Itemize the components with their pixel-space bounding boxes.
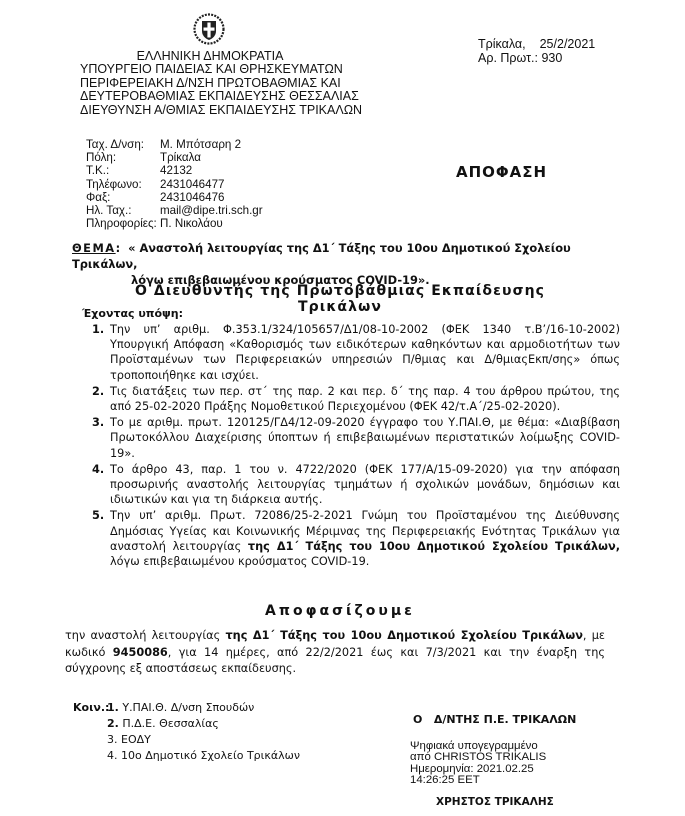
item-text-bold: της Δ1΄ Τάξης του 10ου Δημοτικού Σχολείο… [248, 540, 620, 553]
place: Τρίκαλα, [478, 37, 526, 51]
list-item: 1.Την υπ’ αριθμ. Φ.353.1/324/105657/Δ1/0… [92, 322, 620, 383]
contact-value: Π. Νικολάου [160, 217, 223, 230]
contact-label: Τηλέφωνο: [86, 178, 160, 191]
item-number: 5. [92, 508, 110, 569]
contact-value: 2431046476 [160, 191, 224, 204]
decision-part: την αναστολή λειτουργίας [65, 629, 225, 642]
header-line: ΔΙΕΥΘΥΝΣΗ Α/ΘΜΙΑΣ ΕΚΠΑΙΔΕΥΣΗΣ ΤΡΙΚΑΛΩΝ [80, 104, 340, 117]
item-text: Τις διατάξεις των περ. στ΄ της παρ. 2 κα… [110, 384, 620, 414]
contact-label: Φαξ: [86, 191, 160, 204]
item-number: 4. [92, 462, 110, 508]
signatory-name: ΧΡΗΣΤΟΣ ΤΡΙΚΑΛΗΣ [436, 796, 554, 808]
date-protocol-block: Τρίκαλα,25/2/2021 Αρ. Πρωτ.: 930 [478, 37, 595, 65]
contact-label: Πόλη: [86, 151, 160, 164]
considering-heading: Έχοντας υπόψη: [82, 307, 183, 320]
contact-label: Ηλ. Ταχ.: [86, 204, 160, 217]
subject-label: ΘΕΜΑ [72, 241, 116, 255]
contact-value: 42132 [160, 164, 192, 177]
greek-coat-of-arms-icon [193, 13, 225, 45]
list-item: 3.Το με αριθμ. πρωτ. 120125/ΓΔ4/12-09-20… [92, 415, 620, 461]
item-text: Π.Δ.Ε. Θεσσαλίας [122, 717, 218, 730]
item-number: 1. [107, 701, 119, 714]
item-number: 3. [92, 415, 110, 461]
document-date: 25/2/2021 [540, 37, 596, 51]
subject-line-1: « Αναστολή λειτουργίας της Δ1΄ Τάξης του… [72, 241, 571, 271]
digital-signature: Ψηφιακά υπογεγραμμένο από CHRISTOS TRIKA… [410, 741, 546, 787]
list-item: 4. 10ο Δημοτικό Σχολείο Τρικάλων [73, 748, 300, 764]
decide-heading: Αποφασίζουμε [170, 603, 510, 619]
item-text: Το άρθρο 43, παρ. 1 του ν. 4722/2020 (ΦΕ… [110, 462, 620, 508]
signatory-title: Ο Δ/ΝΤΗΣ Π.Ε. ΤΡΙΚΑΛΩΝ [413, 713, 576, 726]
contact-value: 2431046477 [160, 178, 224, 191]
item-text: Το με αριθμ. πρωτ. 120125/ΓΔ4/12-09-2020… [110, 415, 620, 461]
header-line: ΔΕΥΤΕΡΟΒΑΘΜΙΑΣ ΕΚΠΑΙΔΕΥΣΗΣ ΘΕΣΣΑΛΙΑΣ [80, 90, 340, 103]
digital-signature-line: 14:26:25 EET [410, 775, 546, 786]
protocol-number: 930 [541, 51, 562, 65]
header-line: ΕΛΛΗΝΙΚΗ ΔΗΜΟΚΡΑΤΙΑ [80, 50, 340, 63]
document-type: ΑΠΟΦΑΣΗ [456, 163, 547, 181]
contact-label: Πληροφορίες: [86, 217, 160, 230]
item-number: 3. [107, 733, 118, 746]
protocol-label: Αρ. Πρωτ.: [478, 51, 538, 65]
list-item: 2. Π.Δ.Ε. Θεσσαλίας [73, 716, 300, 732]
item-number: 1. [92, 322, 110, 383]
item-text: Την υπ’ αριθμ. Πρωτ. 72086/25-2-2021 Γνώ… [110, 508, 620, 569]
list-item: 3. ΕΟΔΥ [73, 732, 300, 748]
subject-colon: : [116, 241, 121, 255]
contact-label: Ταχ. Δ/νση: [86, 138, 160, 151]
item-text-part: λόγω επιβεβαιωμένου κρούσματος COVID-19. [110, 555, 369, 568]
decision-text: την αναστολή λειτουργίας της Δ1΄ Τάξης τ… [65, 628, 605, 678]
contact-label: Τ.Κ.: [86, 164, 160, 177]
issuer-header: ΕΛΛΗΝΙΚΗ ΔΗΜΟΚΡΑΤΙΑ ΥΠΟΥΡΓΕΙΟ ΠΑΙΔΕΙΑΣ Κ… [80, 50, 340, 117]
contact-details: Ταχ. Δ/νση:Μ. Μπότσαρη 2 Πόλη:Τρίκαλα Τ.… [86, 138, 263, 230]
decision-class-name: της Δ1΄ Τάξης του 10ου Δημοτικού Σχολείο… [225, 629, 582, 642]
header-line: ΠΕΡΙΦΕΡΕΙΑΚΗ Δ/ΝΣΗ ΠΡΩΤΟΒΑΘΜΙΑΣ ΚΑΙ [80, 77, 340, 90]
list-item: 4.Το άρθρο 43, παρ. 1 του ν. 4722/2020 (… [92, 462, 620, 508]
school-code: 9450086 [113, 646, 168, 659]
considering-list: 1.Την υπ’ αριθμ. Φ.353.1/324/105657/Δ1/0… [92, 322, 620, 570]
subject: ΘΕΜΑ: « Αναστολή λειτουργίας της Δ1΄ Τάξ… [72, 240, 612, 288]
list-item: 1. Υ.ΠΑΙ.Θ. Δ/νση Σπουδών [107, 700, 254, 716]
contact-value: Μ. Μπότσαρη 2 [160, 138, 241, 151]
contact-email[interactable]: mail@dipe.tri.sch.gr [160, 204, 263, 217]
header-line: ΥΠΟΥΡΓΕΙΟ ΠΑΙΔΕΙΑΣ ΚΑΙ ΘΡΗΣΚΕΥΜΑΤΩΝ [80, 63, 340, 76]
contact-value: Τρίκαλα [160, 151, 201, 164]
item-text: 10ο Δημοτικό Σχολείο Τρικάλων [121, 749, 300, 762]
distribution-label: Κοιν.: [73, 700, 107, 716]
list-item: 5.Την υπ’ αριθμ. Πρωτ. 72086/25-2-2021 Γ… [92, 508, 620, 569]
item-number: 2. [107, 717, 119, 730]
item-number: 2. [92, 384, 110, 414]
distribution-list: Κοιν.:1. Υ.ΠΑΙ.Θ. Δ/νση Σπουδών 2. Π.Δ.Ε… [73, 700, 300, 764]
item-text: ΕΟΔΥ [121, 733, 151, 746]
list-item: 2.Τις διατάξεις των περ. στ΄ της παρ. 2 … [92, 384, 620, 414]
item-text: Την υπ’ αριθμ. Φ.353.1/324/105657/Δ1/08-… [110, 322, 620, 383]
item-text: Υ.ΠΑΙ.Θ. Δ/νση Σπουδών [122, 701, 254, 714]
item-number: 4. [107, 749, 118, 762]
